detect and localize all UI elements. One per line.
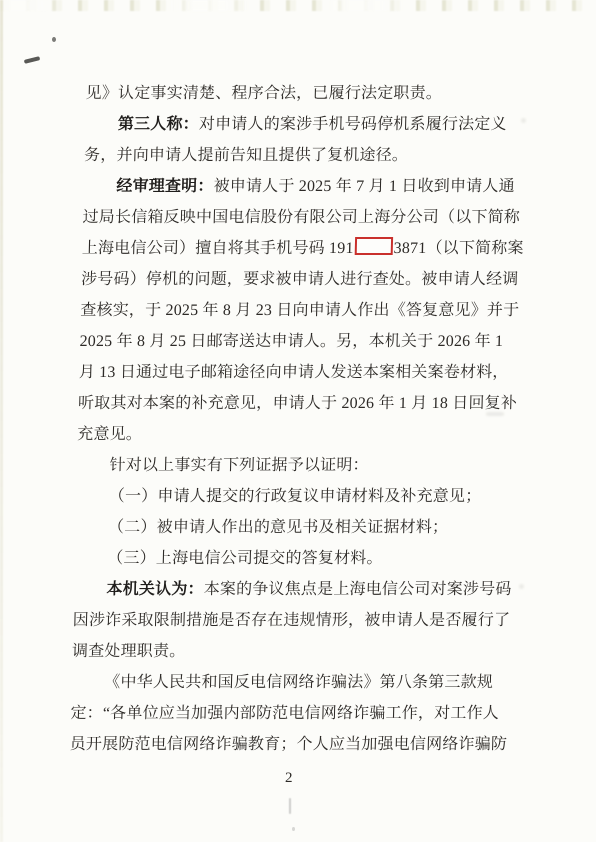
body-text: 被申请人于 2025 年 7 月 1 日收到申请人通 [213,178,515,195]
text-line: 针对以上事实有下列证据予以证明： [76,450,509,481]
text-line: 务，并向申请人提前告知且提供了复机途径。 [84,140,517,171]
text-line: 第三人称：对申请人的案涉手机号码停机系履行法定义 [84,109,517,140]
body-text: 充意见。 [77,426,142,443]
body-text: 2025 年 8 月 25 日邮寄送达申请人。另，本机关于 2026 年 1 [79,333,503,350]
text-line: （一）申请人提交的行政复议申请材料及补充意见； [75,481,508,512]
body-text: 3871（以下简称案 [393,240,523,257]
body-text: 对申请人的案涉手机号码停机系履行法定义 [199,116,507,133]
scan-smudge [289,798,291,814]
text-line: 本机关认为：本案的争议焦点是上海电信公司对案涉号码 [73,574,506,605]
body-text: 因涉诈采取限制措施是否存在违规情形，被申请人是否履行了 [73,612,511,629]
body-text: 针对以上事实有下列证据予以证明： [109,457,369,474]
body-text: 员开展防范电信网络诈骗教育；个人应当加强电信网络诈骗防 [70,736,508,753]
body-text: 查核实，于 2025 年 8 月 23 日向申请人作出《答复意见》并于 [80,302,519,319]
emphasis-text: 经审理查明： [116,178,214,195]
ink-speck [52,37,56,42]
text-line: 上海电信公司）擅自将其手机号码 1913871（以下简称案 [81,233,514,264]
body-text: （一）申请人提交的行政复议申请材料及补充意见； [109,488,482,505]
pen-mark [24,56,40,64]
scan-smudge-small [292,827,295,831]
text-line: 因涉诈采取限制措施是否存在违规情形，被申请人是否履行了 [72,605,505,636]
text-line: 经审理查明：被申请人于 2025 年 7 月 1 日收到申请人通 [83,171,516,202]
body-text: 务，并向申请人提前告知且提供了复机途径。 [84,147,408,164]
bleed-through-mark [519,584,524,589]
text-line: （三）上海电信公司提交的答复材料。 [74,543,507,574]
text-line: 听取其对本案的补充意见，申请人于 2026 年 1 月 18 日回复补 [78,388,511,419]
body-text: （三）上海电信公司提交的答复材料。 [107,550,383,567]
text-line: 查核实，于 2025 年 8 月 23 日向申请人作出《答复意见》并于 [80,295,513,326]
scanned-document-page: 见》认定事实清楚、程序合法，已履行法定职责。第三人称：对申请人的案涉手机号码停机… [0,0,596,842]
body-text: 听取其对本案的补充意见，申请人于 2026 年 1 月 18 日回复补 [78,395,517,412]
page-number: 2 [285,770,293,787]
scan-artifact-top-edge [0,0,596,11]
body-text: 月 13 日通过电子邮箱途径向申请人发送本案相关案卷材料， [79,364,509,381]
emphasis-text: 本机关认为： [106,581,204,598]
text-line: 涉号码）停机的问题，要求被申请人进行查处。被申请人经调 [81,264,514,295]
text-line: 《中华人民共和国反电信网络诈骗法》第八条第三款规 [71,667,504,698]
body-text: 本案的争议焦点是上海电信公司对案涉号码 [203,581,511,598]
scan-artifact-left-edge [0,0,3,842]
body-text: 定：“各单位应当加强内部防范电信网络诈骗工作，对工作人 [70,705,499,722]
text-line: 员开展防范电信网络诈骗教育；个人应当加强电信网络诈骗防 [69,729,502,760]
body-text: 调查处理职责。 [72,643,186,660]
body-text: 《中华人民共和国反电信网络诈骗法》第八条第三款规 [104,674,493,691]
body-text: 见》认定事实清楚、程序合法，已履行法定职责。 [85,85,442,102]
body-text: 上海电信公司）擅自将其手机号码 191 [82,240,354,257]
body-text: 过局长信箱反映中国电信股份有限公司上海分公司（以下简称 [82,209,520,226]
document-body: 见》认定事实清楚、程序合法，已履行法定职责。第三人称：对申请人的案涉手机号码停机… [69,78,518,760]
text-line: 调查处理职责。 [72,636,505,667]
text-line: 2025 年 8 月 25 日邮寄送达申请人。另，本机关于 2026 年 1 [79,326,512,357]
text-line: 月 13 日通过电子邮箱途径向申请人发送本案相关案卷材料， [78,357,511,388]
body-text: （二）被申请人作出的意见书及相关证据材料； [108,519,449,536]
body-text: 涉号码）停机的问题，要求被申请人进行查处。被申请人经调 [81,271,519,288]
text-line: （二）被申请人作出的意见书及相关证据材料； [75,512,508,543]
text-line: 定：“各单位应当加强内部防范电信网络诈骗工作，对工作人 [70,698,503,729]
redaction-box [354,237,392,255]
emphasis-text: 第三人称： [118,116,199,133]
bleed-through-mark [521,118,526,123]
text-line: 充意见。 [77,419,510,450]
text-line: 过局长信箱反映中国电信股份有限公司上海分公司（以下简称 [82,202,515,233]
text-line: 见》认定事实清楚、程序合法，已履行法定职责。 [85,78,518,109]
